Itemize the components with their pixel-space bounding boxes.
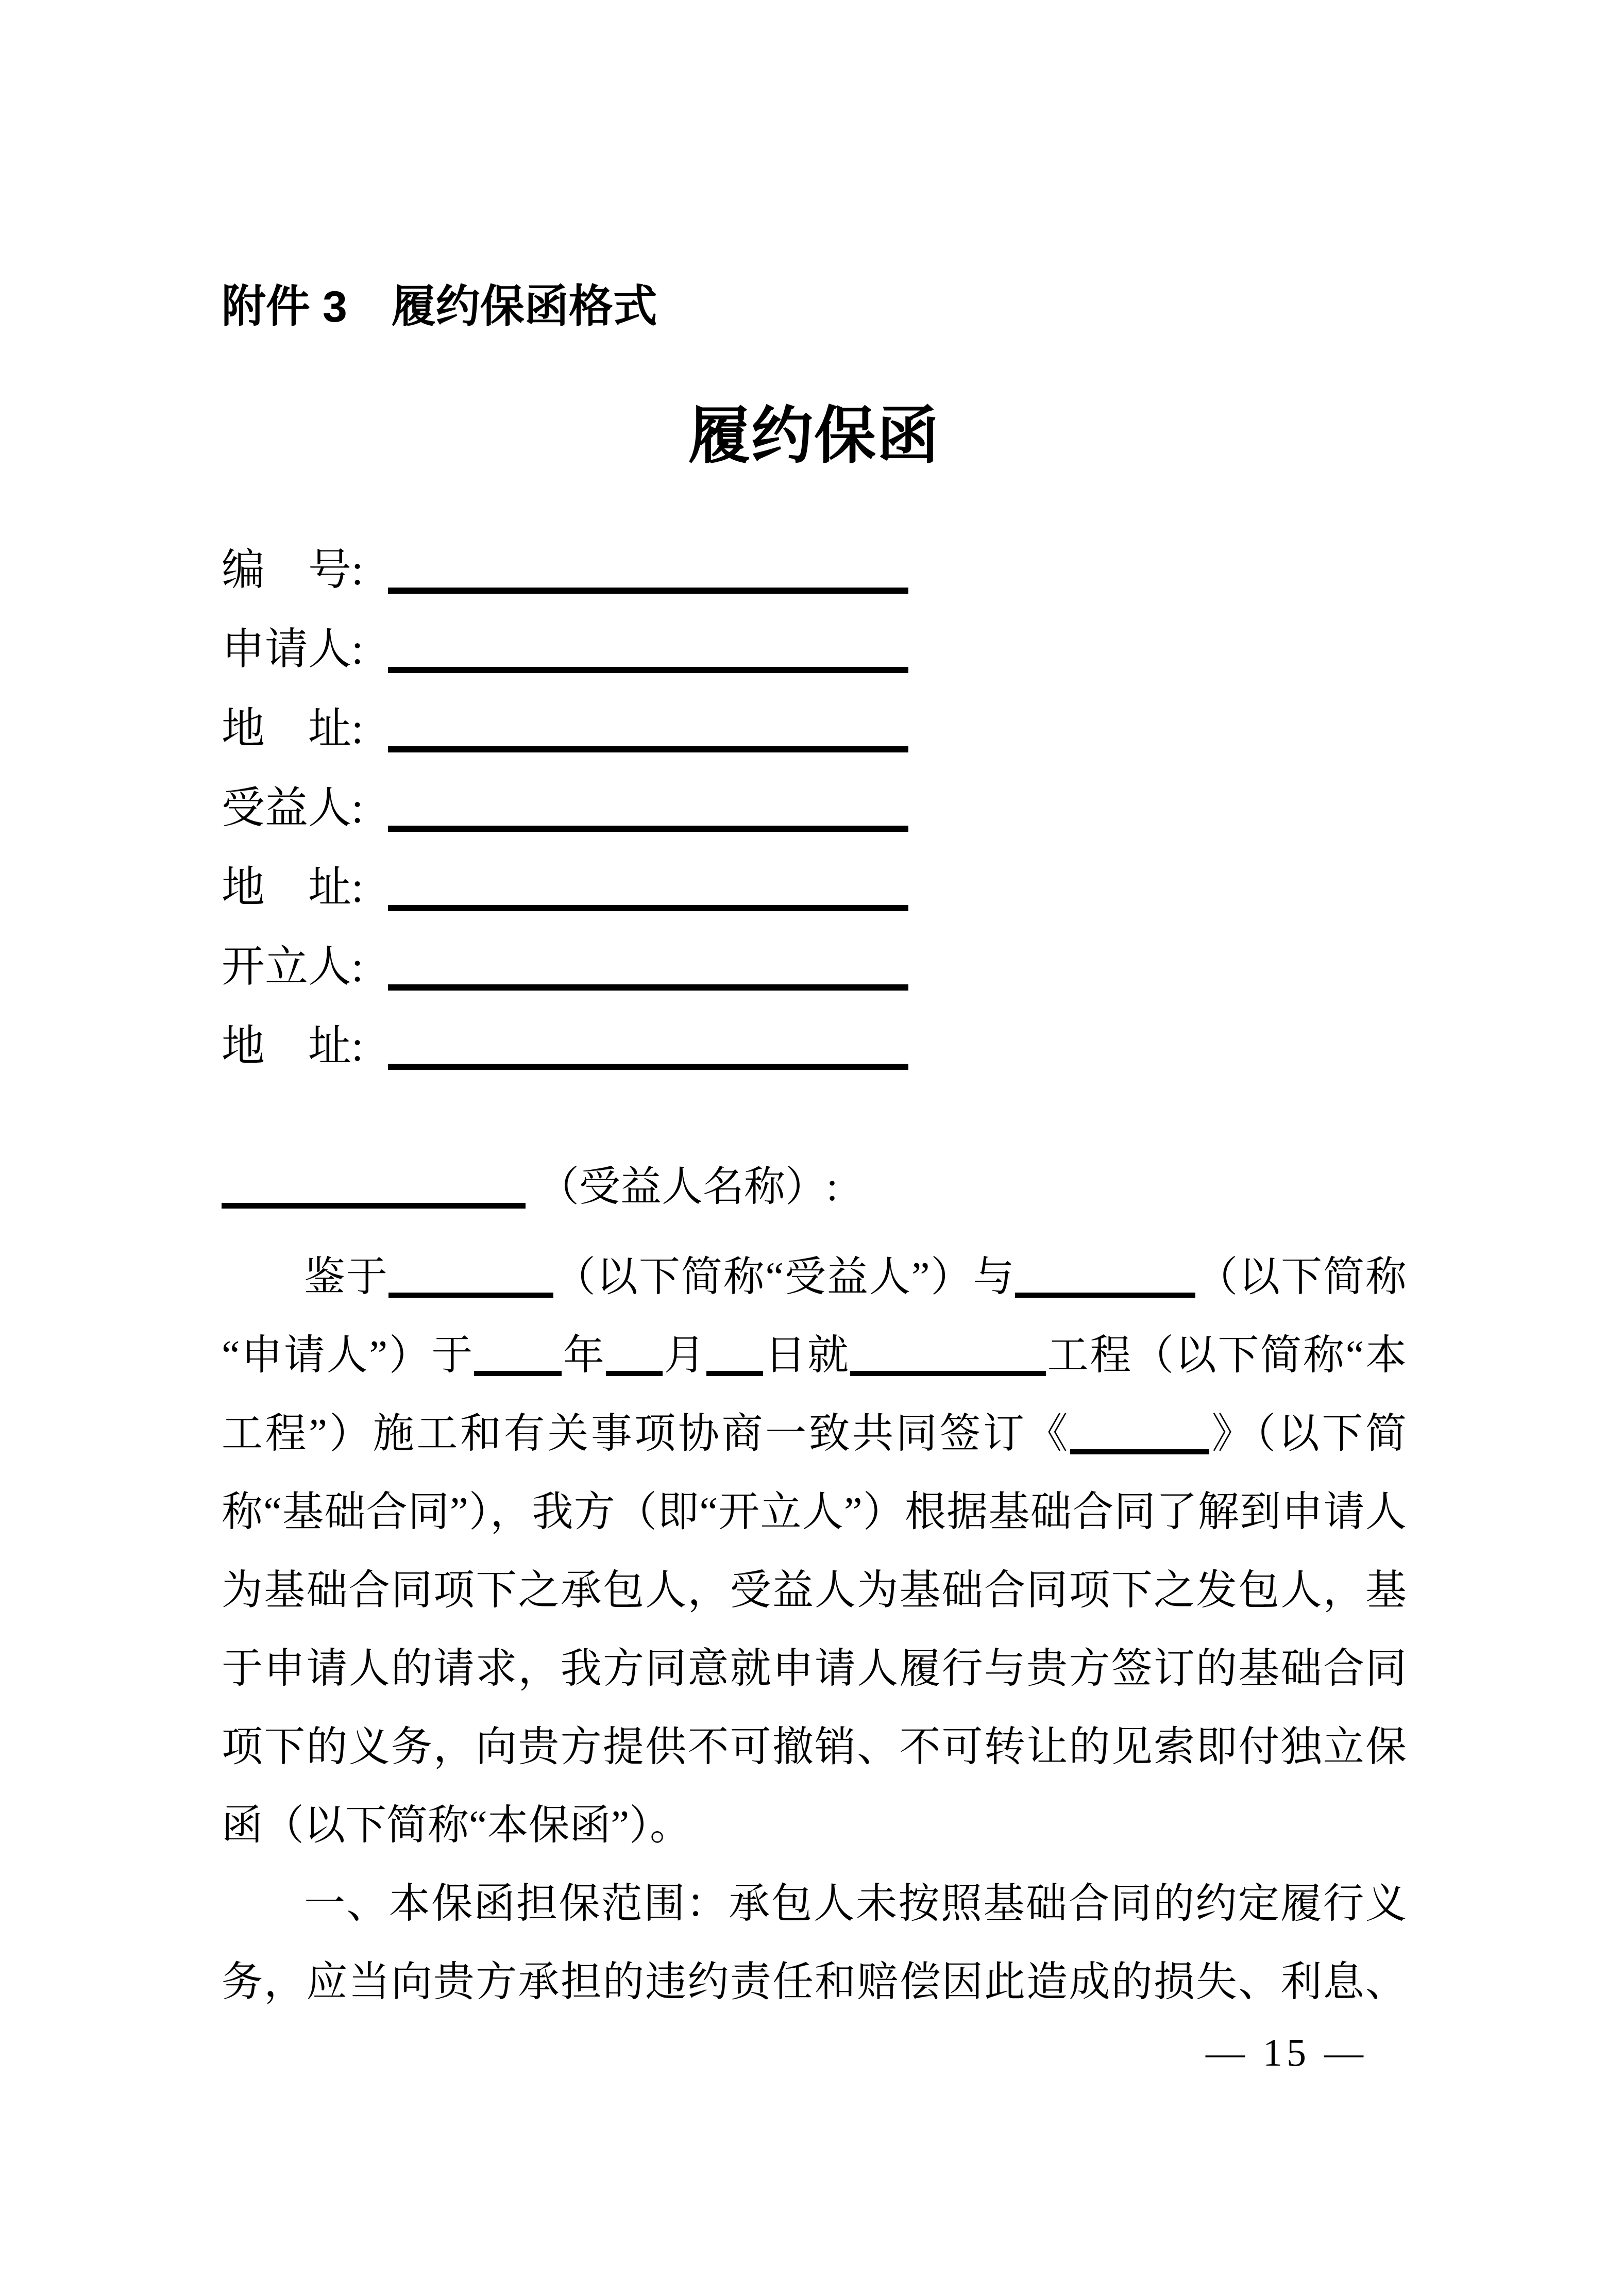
guarantee-body-paragraphs: 鉴于（以下简称“受益人”）与（以下简称“申请人”）于年月日就工程（以下简称“本工… [222,1238,1407,2021]
field-label-number: 编 号: [222,531,368,610]
field-blank-beneficiary[interactable] [388,826,908,832]
inline-blank-underline[interactable] [606,1371,663,1376]
field-label-applicant-address: 地 址: [222,690,368,769]
text-run: 工程”）施工和有关事项协商一致共同签订《 [222,1411,1070,1456]
field-label-issuer: 开立人: [222,928,368,1007]
text-run: 于申请人的请求，我方同意就申请人履行与贵方签订的基础合同 [222,1646,1407,1691]
text-run: 月 [663,1333,707,1378]
inline-blank-underline[interactable] [1070,1449,1209,1454]
field-label-beneficiary: 受益人: [222,769,368,848]
text-run: 函（以下简称“本保函”）。 [222,1803,691,1848]
document-title: 履约保函 [222,403,1407,470]
text-run: 日就 [763,1333,850,1378]
text-run: （以下简称“受益人”）与 [553,1254,1015,1300]
field-blank-number[interactable] [388,588,908,594]
inline-blank-underline[interactable] [850,1371,1046,1376]
paragraph-line: 一、本保函担保范围：承包人未按照基础合同的约定履行义 [222,1865,1407,1943]
field-blank-applicant[interactable] [388,667,908,673]
paragraph-line: 工程”）施工和有关事项协商一致共同签订《》（以下简 [222,1395,1407,1473]
inline-blank-underline[interactable] [706,1371,763,1376]
field-blank-beneficiary-address[interactable] [388,905,908,911]
text-run: 为基础合同项下之承包人，受益人为基础合同项下之发包人，基 [222,1568,1407,1613]
paragraph-line: “申请人”）于年月日就工程（以下简称“本 [222,1316,1407,1395]
beneficiary-name-blank[interactable] [222,1203,526,1209]
attachment-header: 附件 3 履约保函格式 [222,281,657,332]
guarantee-header-fields: 编 号: 申请人: 地 址: 受益人: 地 址: 开立人: 地 址: [222,531,1407,1086]
paragraph-line: 务，应当向贵方承担的违约责任和赔偿因此造成的损失、利息、 [222,1943,1407,2021]
inline-blank-underline[interactable] [388,1293,553,1298]
inline-blank-underline[interactable] [1015,1293,1195,1298]
field-blank-issuer-address[interactable] [388,1064,908,1070]
paragraph-line: 于申请人的请求，我方同意就申请人履行与贵方签订的基础合同 [222,1630,1407,1708]
field-label-beneficiary-address: 地 址: [222,848,368,928]
inline-blank-underline[interactable] [474,1371,562,1376]
paragraph-line: 函（以下简称“本保函”）。 [222,1786,1407,1865]
text-run: 工程（以下简称“本 [1046,1333,1407,1378]
text-run: （以下简称 [1195,1254,1407,1300]
text-run: 务，应当向贵方承担的违约责任和赔偿因此造成的损失、利息、 [222,1959,1407,2005]
beneficiary-salutation-line: （受益人名称）: [222,1147,838,1227]
beneficiary-name-suffix: （受益人名称）: [538,1164,838,1210]
field-label-issuer-address: 地 址: [222,1007,368,1086]
form-row-beneficiary-address: 地 址: [222,848,1407,928]
form-row-beneficiary: 受益人: [222,769,1407,848]
form-row-applicant: 申请人: [222,610,1407,690]
paragraph-line: 项下的义务，向贵方提供不可撤销、不可转让的见索即付独立保 [222,1708,1407,1786]
text-run: “申请人”）于 [222,1333,474,1378]
form-row-issuer: 开立人: [222,928,1407,1007]
paragraph-line: 为基础合同项下之承包人，受益人为基础合同项下之发包人，基 [222,1551,1407,1630]
text-run: 称“基础合同”），我方（即“开立人”）根据基础合同了解到申请人 [222,1489,1407,1535]
form-row-number: 编 号: [222,531,1407,610]
paragraph-line: 称“基础合同”），我方（即“开立人”）根据基础合同了解到申请人 [222,1473,1407,1551]
text-run: 一、本保函担保范围：承包人未按照基础合同的约定履行义 [304,1881,1407,1926]
field-blank-issuer[interactable] [388,984,908,991]
text-run: 年 [562,1333,606,1378]
form-row-applicant-address: 地 址: [222,690,1407,769]
field-blank-applicant-address[interactable] [388,746,908,752]
page-number: — 15 — [1206,2030,1367,2076]
text-run: 鉴于 [304,1254,388,1300]
text-run: 项下的义务，向贵方提供不可撤销、不可转让的见索即付独立保 [222,1724,1407,1770]
form-row-issuer-address: 地 址: [222,1007,1407,1086]
paragraph-line: 鉴于（以下简称“受益人”）与（以下简称 [222,1238,1407,1316]
document-page: 附件 3 履约保函格式 履约保函 编 号: 申请人: 地 址: 受益人: 地 址… [0,0,1623,2296]
field-label-applicant: 申请人: [222,610,368,690]
text-run: 》（以下简 [1209,1411,1407,1456]
